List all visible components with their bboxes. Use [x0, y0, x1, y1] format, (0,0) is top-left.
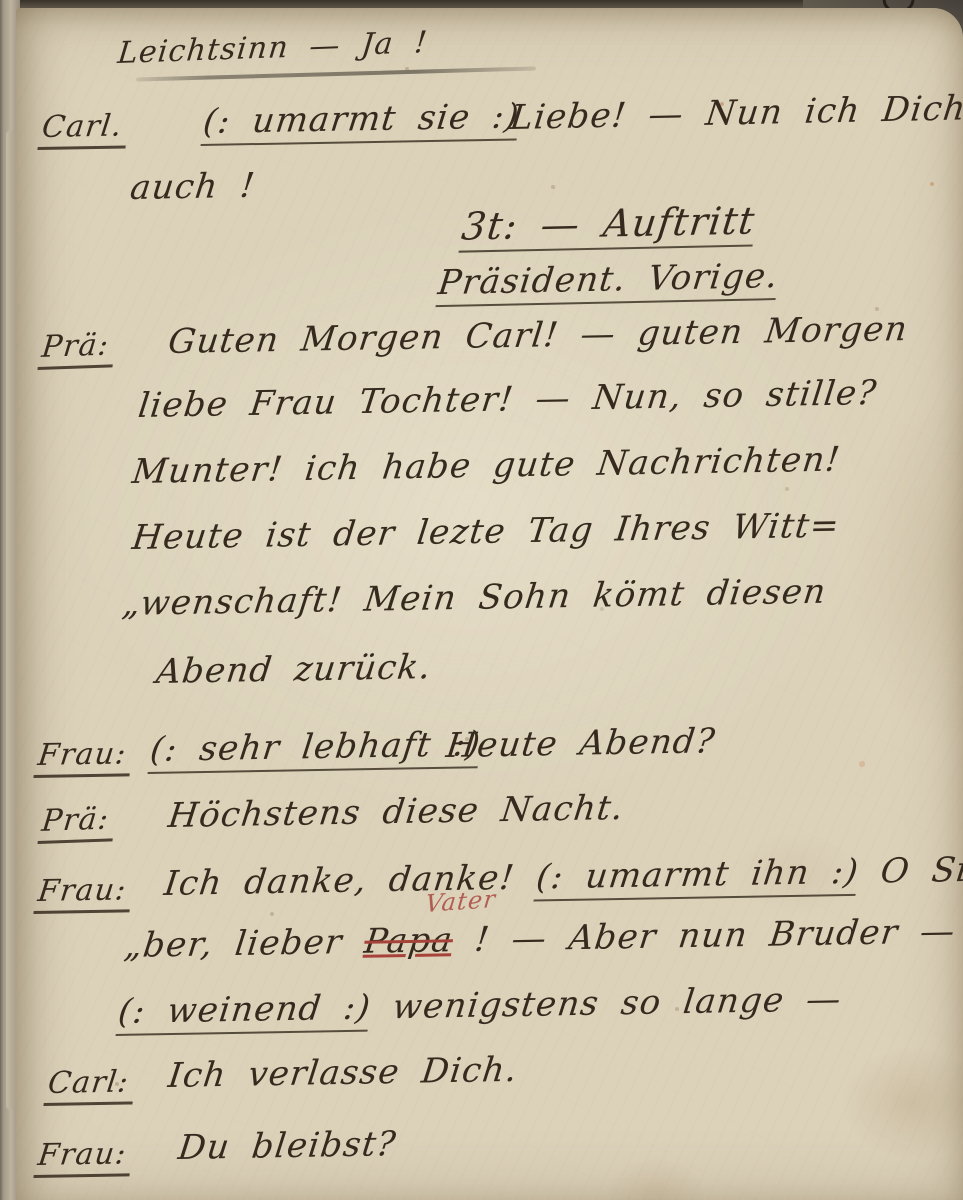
scene-characters: Präsident. Vorige. [396, 255, 821, 304]
dialogue-line: Heute ist der lezte Tag Ihres Witt= [130, 506, 842, 558]
dialogue-line: Du bleibst? [176, 1124, 399, 1168]
dialogue-line: auch ! [128, 166, 258, 208]
dialogue-text: Abend zurück. [154, 647, 434, 692]
pencil-strikethrough [136, 66, 536, 81]
dialogue-text: Ich verlasse Dich. [166, 1050, 520, 1096]
dialogue-line: „wenschaft! Mein Sohn kömt diesen [120, 572, 829, 624]
speaker-name: Carl. [37, 108, 130, 150]
dialogue-text: Du bleibst? [176, 1124, 399, 1168]
speaker-name: Prä: [37, 327, 117, 370]
speaker-label-carl: Carl. [38, 108, 131, 145]
dialogue-line: (: weinend :) wenigstens so lange — [116, 979, 844, 1032]
dialogue-text: liebe Frau Tochter! — Nun, so stille? [136, 373, 879, 426]
manuscript-page: Leichtsinn — Ja ! Carl. (: umarmt sie :)… [16, 8, 963, 1200]
scene-title: 3t: — Auftritt [396, 197, 821, 250]
speaker-name: Prä: [37, 801, 117, 844]
speaker-name: Frau: [33, 1136, 134, 1178]
struck-heading: Leichtsinn — Ja ! [116, 25, 430, 71]
dialogue-text: Höchstens diese Nacht. [166, 788, 626, 836]
speaker-label-praesident: Prä: [38, 801, 117, 839]
speaker-label-frau: Frau: [34, 872, 135, 909]
dialogue-line: Guten Morgen Carl! — guten Morgen [166, 309, 910, 362]
dialogue-line: Ich danke, danke! (: umarmt ihn :) O Sie… [162, 848, 963, 904]
speaker-label-frau: Frau: [34, 1136, 135, 1173]
dialogue-line: Munter! ich habe gute Nachrichten! [130, 440, 843, 492]
dialogue-text: ! — Aber nun Bruder — [472, 911, 957, 959]
scene-characters-text: Präsident. Vorige. [435, 256, 780, 307]
dialogue-line: Heute Abend? [444, 721, 718, 766]
dialogue-line: liebe Frau Tochter! — Nun, so stille? [136, 373, 879, 426]
scene-title-text: 3t: — Auftritt [459, 198, 758, 252]
dialogue-text: wenigstens so lange — [390, 979, 844, 1027]
dialogue-text: Guten Morgen Carl! — guten Morgen [166, 309, 910, 362]
stage-direction-text: (: umarmt sie :) [201, 96, 522, 146]
stage-direction-weinend: (: weinend :) [116, 988, 374, 1037]
red-correction-text: Vater [424, 885, 498, 918]
dialogue-text: Munter! ich habe gute Nachrichten! [130, 440, 843, 492]
stage-direction-umarmt-ihn: (: umarmt ihn :) [534, 852, 862, 902]
stage-direction-text: (: sehr lebhaft :) [148, 724, 484, 774]
dialogue-text: Heute ist der lezte Tag Ihres Witt= [130, 506, 842, 558]
speaker-label-praesident: Prä: [38, 327, 117, 365]
dialogue-line: Ich verlasse Dich. [166, 1050, 520, 1096]
dialogue-text: Heute Abend? [444, 721, 718, 766]
dialogue-text: „ber, lieber [122, 922, 367, 966]
manuscript-photo: Leichtsinn — Ja ! Carl. (: umarmt sie :)… [0, 0, 963, 1200]
paper-speckles [16, 8, 18, 10]
dialogue-text: Liebe! — Nun ich Dich [508, 88, 963, 138]
stage-direction-sehr-lebhaft: (: sehr lebhaft :) [148, 724, 483, 770]
speaker-name: Frau: [33, 872, 134, 914]
dialogue-text: „wenschaft! Mein Sohn kömt diesen [120, 572, 829, 624]
stage-direction-umarmt-sie: (: umarmt sie :) [201, 96, 522, 142]
speaker-name: Frau: [33, 736, 134, 778]
dialogue-line: „ber, lieber Papa ! — Aber nun Bruder — … [122, 911, 963, 966]
struck-heading-text: Leichtsinn — Ja ! [116, 25, 430, 71]
dialogue-text: auch ! [128, 166, 258, 208]
speaker-label-carl: Carl: [44, 1064, 137, 1101]
speaker-name: Carl: [43, 1064, 137, 1106]
dialogue-line: Höchstens diese Nacht. [166, 788, 626, 836]
red-struck-word: Papa [362, 920, 455, 962]
dialogue-text: O Sie lie [878, 848, 963, 891]
dialogue-line: Abend zurück. [154, 647, 434, 692]
book-page-edges-inner [6, 130, 16, 1110]
red-ink-correction: Vater [424, 885, 498, 918]
dialogue-line: Liebe! — Nun ich Dich [508, 88, 963, 138]
speaker-label-frau: Frau: [34, 736, 135, 773]
